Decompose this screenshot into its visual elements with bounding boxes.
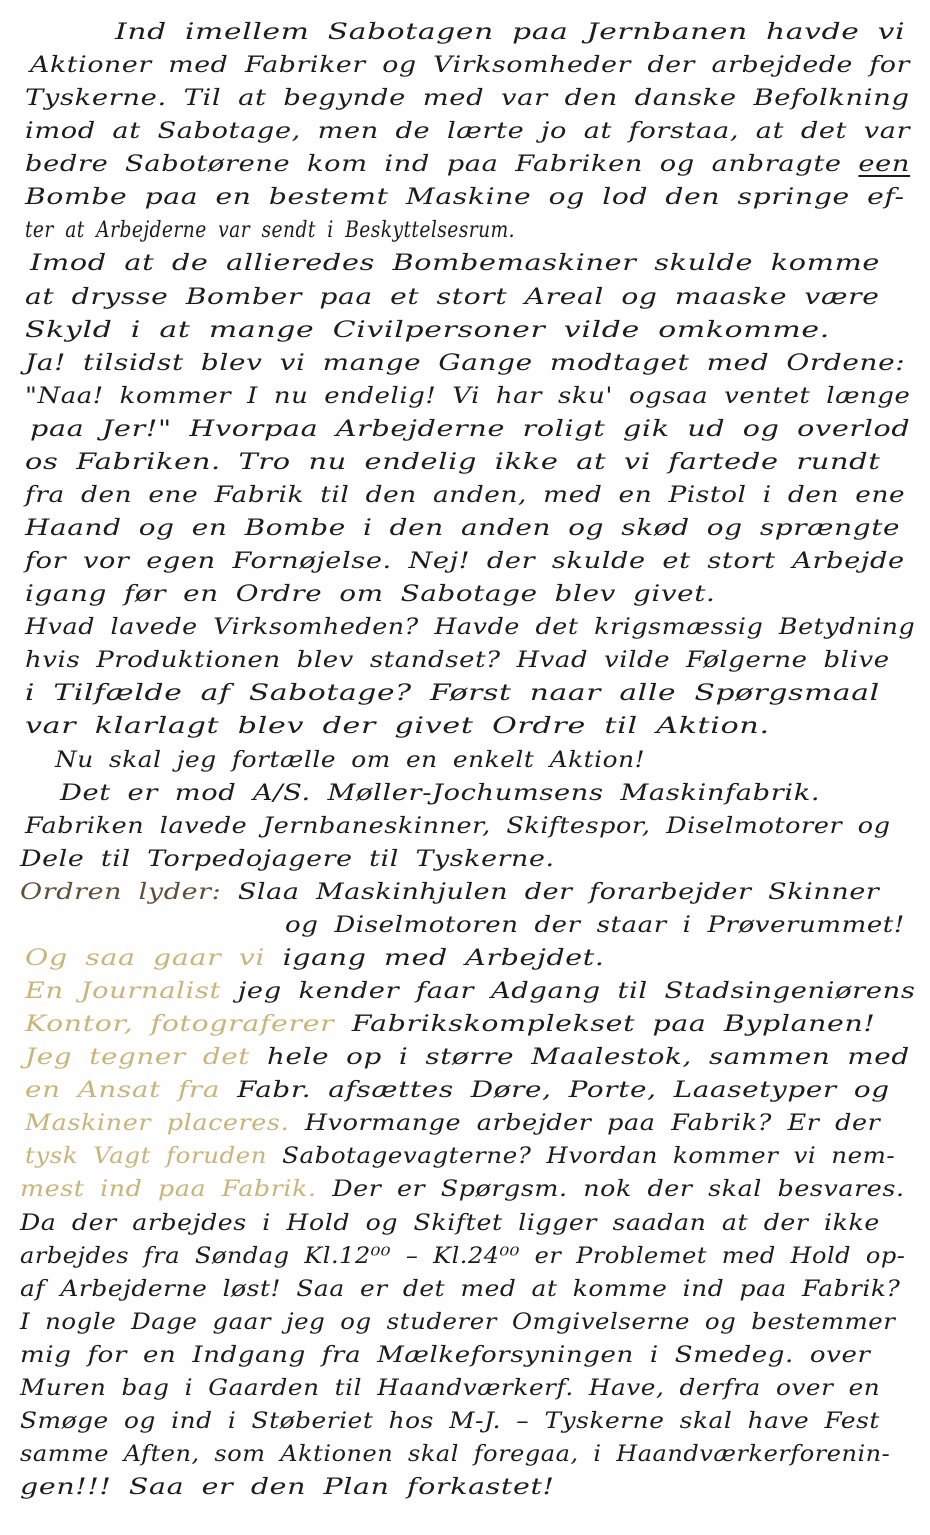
text-line: I nogle Dage gaar jeg og studerer Omgive… <box>20 1307 895 1339</box>
line-inner: Imod at de allieredes Bombemaskiner skul… <box>30 248 880 280</box>
text-line: Hvad lavede Virksomheden? Havde det krig… <box>25 612 915 644</box>
text-line: Smøge og ind i Støberiet hos M-J. – Tysk… <box>20 1406 880 1438</box>
line-inner: Skyld i at mange Civilpersoner vilde omk… <box>25 315 830 347</box>
line-text: ter at Arbejderne var sendt i Beskyttels… <box>25 218 515 243</box>
line-text: Skyld i at mange Civilpersoner vilde omk… <box>25 318 830 343</box>
line-text: bedre Sabotørene kom ind paa Fabriken og… <box>25 152 858 177</box>
faded-text: Og saa gaar vi <box>25 946 283 971</box>
text-line: Ind imellem Sabotagen paa Jernbanen havd… <box>115 17 905 49</box>
line-text: Da der arbejdes i Hold og Skiftet ligger… <box>20 1211 880 1236</box>
line-inner: Maskiner placeres. Hvormange arbejder pa… <box>25 1108 880 1140</box>
line-text: I nogle Dage gaar jeg og studerer Omgive… <box>20 1310 895 1335</box>
line-text: igang med Arbejdet. <box>283 946 605 971</box>
text-line: fra den ene Fabrik til den anden, med en… <box>25 480 905 512</box>
line-text: Fabriken lavede Jernbaneskinner, Skiftes… <box>25 814 891 839</box>
line-inner: Muren bag i Gaarden til Haandværkerf. Ha… <box>20 1373 880 1405</box>
line-text: Ja! tilsidst blev vi mange Gange modtage… <box>25 351 905 376</box>
faded-text: mest ind paa Fabrik. <box>20 1177 332 1202</box>
line-inner: "Naa! kommer I nu endelig! Vi har sku' o… <box>25 381 910 413</box>
line-inner: Smøge og ind i Støberiet hos M-J. – Tysk… <box>20 1406 880 1438</box>
line-text: Smøge og ind i Støberiet hos M-J. – Tysk… <box>20 1409 880 1434</box>
faded-text: Jeg tegner det <box>25 1045 267 1070</box>
line-inner: Ja! tilsidst blev vi mange Gange modtage… <box>25 348 905 380</box>
text-line: og Diselmotoren der staar i Prøverummet! <box>285 910 905 942</box>
manuscript-page: Ind imellem Sabotagen paa Jernbanen havd… <box>0 0 930 1535</box>
line-inner: tysk Vagt foruden Sabotagevagterne? Hvor… <box>25 1141 895 1173</box>
line-inner: Bombe paa en bestemt Maskine og lod den … <box>25 182 905 214</box>
text-line: Jeg tegner det hele op i større Maalesto… <box>25 1042 910 1074</box>
text-line: var klarlagt blev der givet Ordre til Ak… <box>25 711 770 743</box>
text-line: mest ind paa Fabrik. Der er Spørgsm. nok… <box>20 1174 905 1206</box>
line-inner: af Arbejderne løst! Saa er det med at ko… <box>20 1274 900 1306</box>
line-text: Bombe paa en bestemt Maskine og lod den … <box>25 185 905 210</box>
text-line: bedre Sabotørene kom ind paa Fabriken og… <box>25 149 910 181</box>
line-text: "Naa! kommer I nu endelig! Vi har sku' o… <box>25 384 910 409</box>
line-inner: Haand og en Bombe i den anden og skød og… <box>25 513 900 545</box>
line-text: Tyskerne. Til at begynde med var den dan… <box>25 86 910 111</box>
text-line: samme Aften, som Aktionen skal foregaa, … <box>20 1439 890 1471</box>
line-inner: at drysse Bomber paa et stort Areal og m… <box>25 282 880 314</box>
line-text: Muren bag i Gaarden til Haandværkerf. Ha… <box>20 1376 880 1401</box>
line-text: Nu skal jeg fortælle om en enkelt Aktion… <box>55 748 645 773</box>
line-text: gen!!! Saa er den Plan forkastet! <box>20 1475 555 1500</box>
text-line: imod at Sabotage, men de lærte jo at for… <box>25 116 910 148</box>
line-text: Fabrikskomplekset paa Byplanen! <box>352 1012 876 1037</box>
line-inner: Ind imellem Sabotagen paa Jernbanen havd… <box>115 17 905 49</box>
text-line: ter at Arbejderne var sendt i Beskyttels… <box>25 215 515 247</box>
text-line: Det er mod A/S. Møller-Jochumsens Maskin… <box>60 778 820 810</box>
line-inner: var klarlagt blev der givet Ordre til Ak… <box>25 711 770 743</box>
text-line: for vor egen Fornøjelse. Nej! der skulde… <box>25 546 905 578</box>
line-inner: imod at Sabotage, men de lærte jo at for… <box>25 116 910 148</box>
line-inner: Da der arbejdes i Hold og Skiftet ligger… <box>20 1208 880 1240</box>
line-text: imod at Sabotage, men de lærte jo at for… <box>25 119 910 144</box>
line-inner: Aktioner med Fabriker og Virksomheder de… <box>30 50 910 82</box>
brown-text: Ordren lyder: <box>20 880 238 905</box>
line-inner: bedre Sabotørene kom ind paa Fabriken og… <box>25 149 910 181</box>
text-line: Skyld i at mange Civilpersoner vilde omk… <box>25 315 830 347</box>
text-line: Aktioner med Fabriker og Virksomheder de… <box>30 50 910 82</box>
line-inner: en Ansat fra Fabr. afsættes Døre, Porte,… <box>25 1075 890 1107</box>
faded-text: En Journalist <box>25 979 238 1004</box>
text-line: Ordren lyder: Slaa Maskinhjulen der fora… <box>20 877 880 909</box>
line-text: Dele til Torpedojagere til Tyskerne. <box>20 847 555 872</box>
line-text: Det er mod A/S. Møller-Jochumsens Maskin… <box>60 781 820 806</box>
text-line: gen!!! Saa er den Plan forkastet! <box>20 1472 555 1504</box>
line-text: at drysse Bomber paa et stort Areal og m… <box>25 285 880 310</box>
line-inner: samme Aften, som Aktionen skal foregaa, … <box>20 1439 890 1471</box>
line-text: var klarlagt blev der givet Ordre til Ak… <box>25 714 770 739</box>
line-inner: arbejdes fra Søndag Kl.12⁰⁰ – Kl.24⁰⁰ er… <box>20 1241 905 1273</box>
faded-text: Maskiner placeres. <box>25 1111 305 1136</box>
line-text: arbejdes fra Søndag Kl.12⁰⁰ – Kl.24⁰⁰ er… <box>20 1244 905 1269</box>
faded-text: en Ansat fra <box>25 1078 237 1103</box>
line-text: i Tilfælde af Sabotage? Først naar alle … <box>25 681 880 706</box>
text-line: mig for en Indgang fra Mælkeforsyningen … <box>20 1340 870 1372</box>
line-text: Hvormange arbejder paa Fabrik? Er der <box>305 1111 881 1136</box>
line-text: for vor egen Fornøjelse. Nej! der skulde… <box>25 549 905 574</box>
line-inner: Ordren lyder: Slaa Maskinhjulen der fora… <box>20 877 879 909</box>
underlined-word: een <box>858 152 910 177</box>
line-inner: igang før en Ordre om Sabotage blev give… <box>25 579 715 611</box>
line-text: samme Aften, som Aktionen skal foregaa, … <box>20 1442 890 1467</box>
line-text: Der er Spørgsm. nok der skal besvares. <box>332 1177 904 1202</box>
line-inner: Hvad lavede Virksomheden? Havde det krig… <box>25 612 915 644</box>
line-inner: En Journalist jeg kender faar Adgang til… <box>25 976 915 1008</box>
line-inner: Dele til Torpedojagere til Tyskerne. <box>20 844 555 876</box>
line-text: Haand og en Bombe i den anden og skød og… <box>25 516 900 541</box>
text-line: igang før en Ordre om Sabotage blev give… <box>25 579 715 611</box>
text-line: tysk Vagt foruden Sabotagevagterne? Hvor… <box>25 1141 895 1173</box>
line-inner: Nu skal jeg fortælle om en enkelt Aktion… <box>55 745 645 777</box>
text-line: "Naa! kommer I nu endelig! Vi har sku' o… <box>25 381 910 413</box>
line-text: paa Jer!" Hvorpaa Arbejderne roligt gik … <box>30 417 910 442</box>
text-line: Haand og en Bombe i den anden og skød og… <box>25 513 900 545</box>
line-inner: for vor egen Fornøjelse. Nej! der skulde… <box>25 546 905 578</box>
text-line: Tyskerne. Til at begynde med var den dan… <box>25 83 910 115</box>
line-inner: os Fabriken. Tro nu endelig ikke at vi f… <box>25 447 881 479</box>
text-line: i Tilfælde af Sabotage? Først naar alle … <box>25 678 880 710</box>
line-text: af Arbejderne løst! Saa er det med at ko… <box>20 1277 900 1302</box>
line-text: Hvad lavede Virksomheden? Havde det krig… <box>25 615 915 640</box>
text-line: Og saa gaar vi igang med Arbejdet. <box>25 943 605 975</box>
line-inner: Kontor, fotograferer Fabrikskomplekset p… <box>25 1009 875 1041</box>
line-text: jeg kender faar Adgang til Stadsingeniør… <box>238 979 916 1004</box>
line-inner: Jeg tegner det hele op i større Maalesto… <box>25 1042 910 1074</box>
line-text: Ind imellem Sabotagen paa Jernbanen havd… <box>115 20 905 45</box>
line-inner: gen!!! Saa er den Plan forkastet! <box>20 1472 555 1504</box>
line-inner: ter at Arbejderne var sendt i Beskyttels… <box>25 215 515 247</box>
text-line: Dele til Torpedojagere til Tyskerne. <box>20 844 555 876</box>
text-line: en Ansat fra Fabr. afsættes Døre, Porte,… <box>25 1075 890 1107</box>
line-inner: Tyskerne. Til at begynde med var den dan… <box>25 83 910 115</box>
line-inner: I nogle Dage gaar jeg og studerer Omgive… <box>20 1307 895 1339</box>
line-inner: Og saa gaar vi igang med Arbejdet. <box>25 943 605 975</box>
line-inner: mig for en Indgang fra Mælkeforsyningen … <box>20 1340 871 1372</box>
text-line: at drysse Bomber paa et stort Areal og m… <box>25 282 880 314</box>
line-text: fra den ene Fabrik til den anden, med en… <box>25 483 905 508</box>
text-line: Da der arbejdes i Hold og Skiftet ligger… <box>20 1208 880 1240</box>
line-text: og Diselmotoren der staar i Prøverummet! <box>285 913 905 938</box>
line-text: hvis Produktionen blev standset? Hvad vi… <box>25 648 890 673</box>
line-inner: fra den ene Fabrik til den anden, med en… <box>25 480 905 512</box>
line-text: Slaa Maskinhjulen der forarbejder Skinne… <box>238 880 880 905</box>
faded-text: tysk Vagt foruden <box>25 1144 282 1169</box>
text-line: Imod at de allieredes Bombemaskiner skul… <box>30 248 880 280</box>
line-text: mig for en Indgang fra Mælkeforsyningen … <box>20 1343 871 1368</box>
line-text: Sabotagevagterne? Hvordan kommer vi nem- <box>282 1144 895 1169</box>
text-line: Bombe paa en bestemt Maskine og lod den … <box>25 182 905 214</box>
text-line: paa Jer!" Hvorpaa Arbejderne roligt gik … <box>30 414 910 446</box>
line-text: Fabr. afsættes Døre, Porte, Laasetyper o… <box>237 1078 890 1103</box>
text-line: Muren bag i Gaarden til Haandværkerf. Ha… <box>20 1373 880 1405</box>
line-text: os Fabriken. Tro nu endelig ikke at vi f… <box>25 450 881 475</box>
line-inner: Fabriken lavede Jernbaneskinner, Skiftes… <box>25 811 891 843</box>
text-line: En Journalist jeg kender faar Adgang til… <box>25 976 915 1008</box>
text-line: Nu skal jeg fortælle om en enkelt Aktion… <box>55 745 645 777</box>
text-line: af Arbejderne løst! Saa er det med at ko… <box>20 1274 900 1306</box>
text-line: Fabriken lavede Jernbaneskinner, Skiftes… <box>25 811 890 843</box>
line-inner: Det er mod A/S. Møller-Jochumsens Maskin… <box>60 778 820 810</box>
text-line: Kontor, fotograferer Fabrikskomplekset p… <box>25 1009 875 1041</box>
line-text: igang før en Ordre om Sabotage blev give… <box>25 582 715 607</box>
line-text: Aktioner med Fabriker og Virksomheder de… <box>30 53 910 78</box>
text-line: hvis Produktionen blev standset? Hvad vi… <box>25 645 890 677</box>
line-inner: hvis Produktionen blev standset? Hvad vi… <box>25 645 890 677</box>
line-inner: mest ind paa Fabrik. Der er Spørgsm. nok… <box>20 1174 905 1206</box>
text-line: Maskiner placeres. Hvormange arbejder pa… <box>25 1108 880 1140</box>
faded-text: Kontor, fotograferer <box>25 1012 352 1037</box>
line-inner: i Tilfælde af Sabotage? Først naar alle … <box>25 678 880 710</box>
line-text: hele op i større Maalestok, sammen med <box>267 1045 910 1070</box>
line-inner: paa Jer!" Hvorpaa Arbejderne roligt gik … <box>30 414 910 446</box>
text-line: arbejdes fra Søndag Kl.12⁰⁰ – Kl.24⁰⁰ er… <box>20 1241 905 1273</box>
line-text: Imod at de allieredes Bombemaskiner skul… <box>30 251 880 276</box>
text-line: os Fabriken. Tro nu endelig ikke at vi f… <box>25 447 880 479</box>
text-line: Ja! tilsidst blev vi mange Gange modtage… <box>25 348 905 380</box>
line-inner: og Diselmotoren der staar i Prøverummet! <box>285 910 905 942</box>
